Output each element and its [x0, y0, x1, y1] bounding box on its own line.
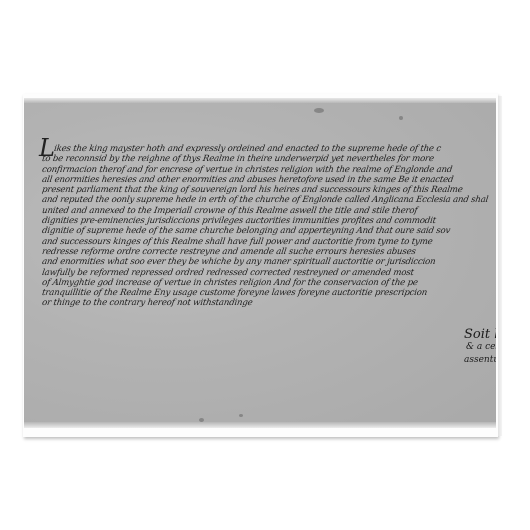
- torn-top-edge: [24, 98, 496, 103]
- manuscript-document: L ikes the king mayster hoth and express…: [24, 98, 496, 428]
- text-line: to be reconnsid by the reighne of thys R…: [41, 154, 488, 164]
- ink-stain: [399, 116, 403, 120]
- text-line: or thinge to the contrary hereof not wit…: [41, 298, 488, 308]
- signature-block: Soit baille & a ceste assentue: [464, 328, 496, 367]
- card-fold-edge: [498, 96, 502, 436]
- handwritten-text: ikes the king mayster hoth and expressly…: [42, 144, 488, 309]
- text-line: and successours kinges of this Realme sh…: [41, 237, 488, 247]
- text-line: tranquillitie of the Realme Eny usage cu…: [41, 288, 488, 298]
- ink-stain: [239, 414, 243, 417]
- text-line: ikes the king mayster hoth and expressly…: [41, 144, 488, 154]
- torn-bottom-edge: [24, 422, 496, 428]
- text-line: of Almyghtie god increase of vertue in c…: [41, 278, 488, 288]
- text-line: all enormities heresies and other enormi…: [41, 175, 488, 185]
- text-line: lawfully be reformed repressed ordred re…: [41, 268, 488, 278]
- text-line: united and annexed to the Imperiall crow…: [41, 206, 488, 216]
- text-line: present parliament that the king of souv…: [41, 185, 488, 195]
- text-line: dignities pre-eminencies jurisdiccions p…: [41, 216, 488, 226]
- text-line: redresse reforme ordre correcte restreyn…: [41, 247, 488, 257]
- text-line: and reputed the oonly supreme hede in er…: [41, 195, 488, 205]
- ink-stain: [314, 108, 324, 113]
- greeting-card: L ikes the king mayster hoth and express…: [23, 94, 498, 437]
- signature-line: & a ceste: [464, 341, 496, 354]
- text-line: confirmacion therof and for encrese of v…: [41, 165, 488, 175]
- text-line: and enormities what soo ever they be whi…: [41, 257, 488, 267]
- text-line: dignitie of supreme hede of the same chu…: [41, 226, 488, 236]
- signature-line: assentue: [464, 354, 496, 367]
- signature-line: Soit baille: [464, 328, 496, 341]
